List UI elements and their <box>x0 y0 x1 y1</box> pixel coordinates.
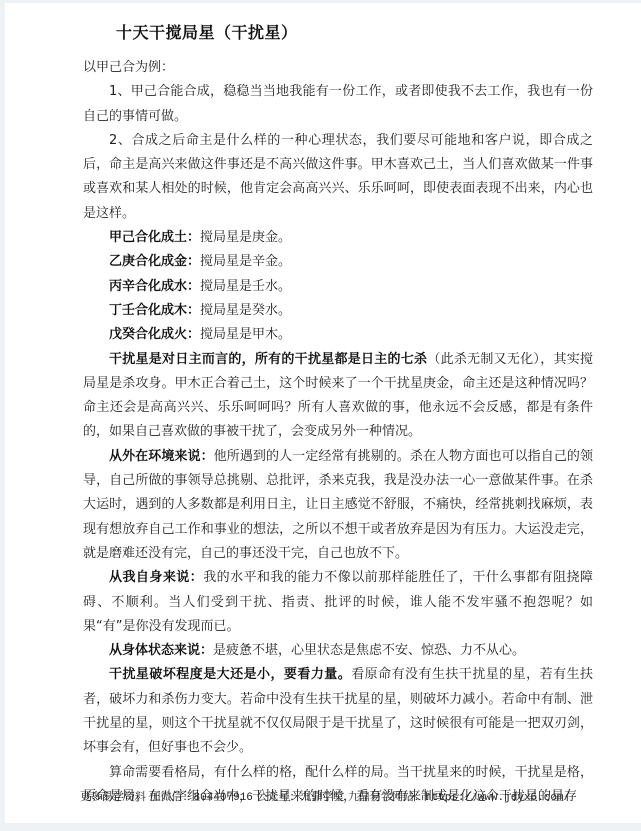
paragraph-lead: 从外在环境来说： <box>109 449 214 464</box>
paragraph-intro: 以甲己合为例： <box>83 56 593 80</box>
paragraph-point-1: 1、甲己合能合成，稳稳当当地我能有一份工作，或者即使我不去工作，我也有一份自己的… <box>83 80 593 129</box>
paragraph-self: 从我自身来说：我的水平和我的能力不像以前那样能胜任了，干什么事都有阻挠障碍、不顺… <box>83 566 593 639</box>
footer-prefix: 更多易学资料 加微信： <box>80 790 194 803</box>
footer-account-label: 公众号： <box>253 790 301 803</box>
paragraph-text: 是疲惫不堪，心里状态是焦虑不安、惊恐、力不从心。 <box>213 643 525 658</box>
paragraph-point-2: 2、合成之后命主是什么样的一种心理状态，我们要尽可能地和客户说，即合成之后，命主… <box>83 129 593 226</box>
combination-ding-ren: 丁壬合化成木：搅局星是癸水。 <box>83 299 593 323</box>
footer-account: 九鼎学堂 <box>300 790 344 803</box>
paragraph-lead: 从我自身来说： <box>109 570 203 585</box>
combination-yi-geng: 乙庚合化成金：搅局星是辛金。 <box>83 250 593 274</box>
document-body: 以甲己合为例： 1、甲己合能合成，稳稳当当地我能有一份工作，或者即使我不去工作，… <box>83 56 593 809</box>
combination-label: 甲己合化成土： <box>109 230 200 245</box>
combination-text: 搅局星是庚金。 <box>200 230 291 245</box>
paragraph-lead: 干扰星是对日主而言的，所有的干扰星都是日主的七杀 <box>109 352 427 367</box>
combination-wu-gui: 戊癸合化成火：搅局星是甲木。 <box>83 323 593 347</box>
paragraph-physical-state: 从身体状态来说：是疲惫不堪，心里状态是焦虑不安、惊恐、力不从心。 <box>83 639 593 663</box>
paragraph-damage-degree: 干扰星破坏程度是大还是小，要看力量。看原命有没有生扶干扰星的星，若有生扶者，破坏… <box>83 663 593 760</box>
combination-label: 丁壬合化成木： <box>109 303 200 318</box>
footer-website-link[interactable]: https://www.jdyx6.com/ <box>425 792 570 804</box>
combination-label: 戊癸合化成火： <box>109 327 200 342</box>
combination-jia-ji: 甲己合化成土：搅局星是庚金。 <box>83 226 593 250</box>
combination-label: 乙庚合化成金： <box>109 254 200 269</box>
document-title: 十天干搅局星（干扰星） <box>116 20 298 43</box>
combination-label: 丙辛合化成水： <box>109 279 200 294</box>
footer-website-label: 九鼎易学网站： <box>344 790 425 803</box>
paragraph-lead: 干扰星破坏程度是大还是小，要看力量。 <box>109 667 351 682</box>
combination-text: 搅局星是辛金。 <box>200 254 291 269</box>
combination-text: 搅局星是癸水。 <box>200 303 291 318</box>
combination-bing-xin: 丙辛合化成水：搅局星是壬水。 <box>83 275 593 299</box>
footer-wechat: 804407916 <box>194 792 253 804</box>
paragraph-text: 他所遇到的人一定经常有挑剔的。杀在人物方面也可以指自己的领导，自己所做的事领导总… <box>83 449 593 561</box>
combination-text: 搅局星是甲木。 <box>200 327 291 342</box>
paragraph-external-environment: 从外在环境来说：他所遇到的人一定经常有挑剔的。杀在人物方面也可以指自己的领导，自… <box>83 445 593 566</box>
combination-text: 搅局星是壬水。 <box>200 279 291 294</box>
paragraph-lead: 从身体状态来说： <box>109 643 213 658</box>
paragraph-interference-star: 干扰星是对日主而言的，所有的干扰星都是日主的七杀（此杀无制又无化），其实搅局星是… <box>83 348 593 445</box>
page-footer: 更多易学资料 加微信：804407916 公众号：九鼎学堂 九鼎易学网站：htt… <box>80 788 570 804</box>
